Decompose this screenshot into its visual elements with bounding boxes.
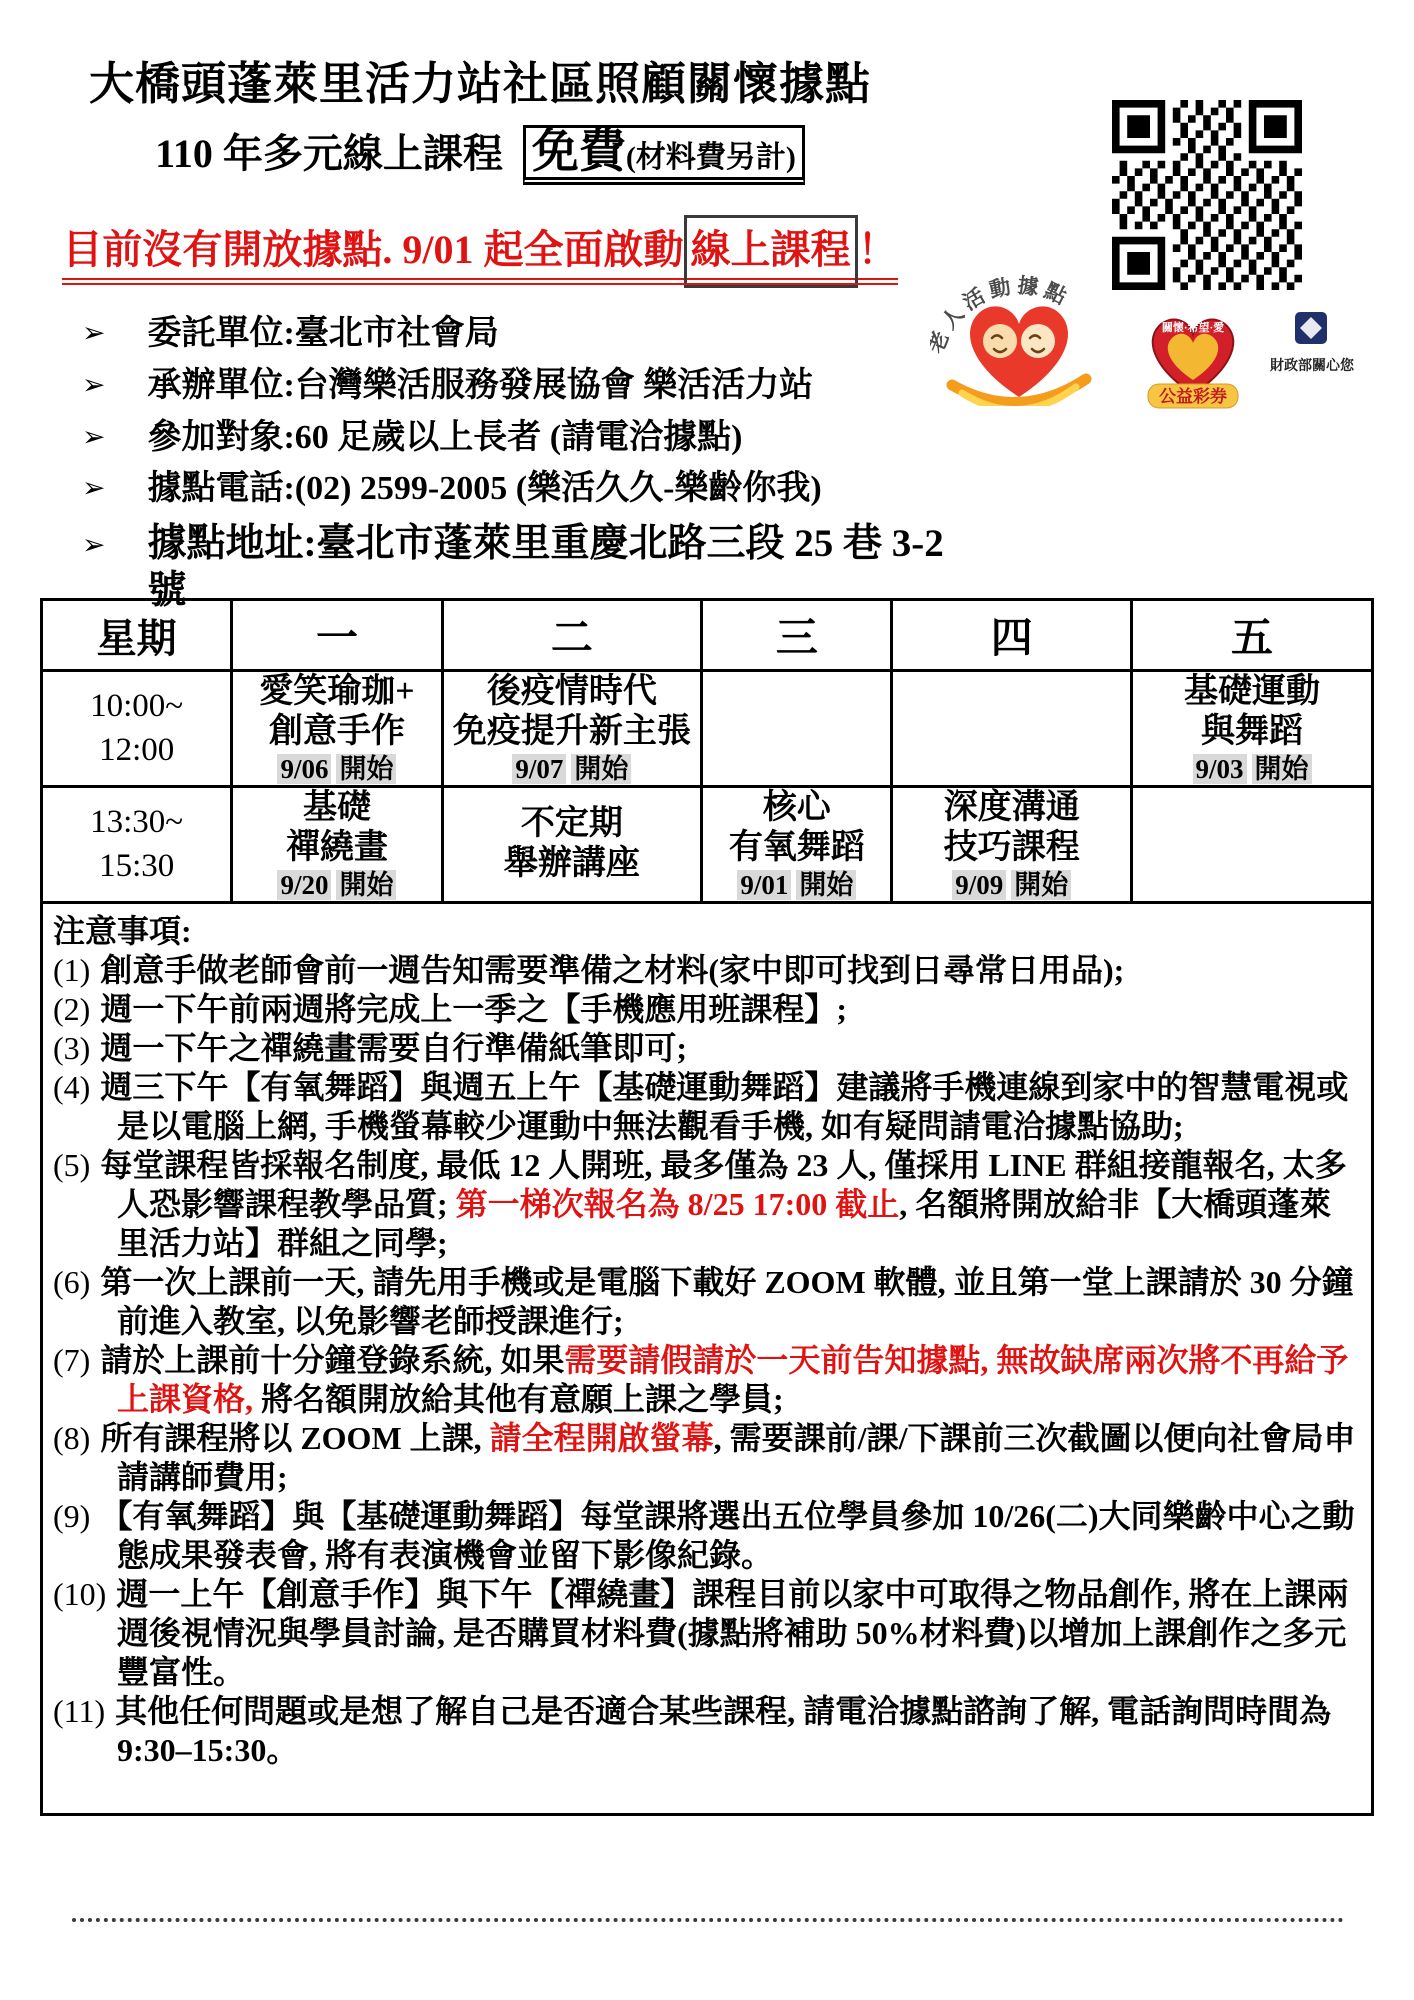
col-header-tue: 二 bbox=[442, 600, 702, 671]
course-cell-wed-pm: 核心 有氧舞蹈 9/01開始 bbox=[702, 786, 892, 902]
note-item-10: (10)週一上午【創意手作】與下午【禪繞畫】課程目前以家中可取得之物品創作, 將… bbox=[53, 1575, 1357, 1692]
course-cell-mon-pm: 基礎 禪繞畫 9/20開始 bbox=[232, 786, 442, 902]
arrow-bullet-icon: ➢ bbox=[82, 471, 105, 505]
arrow-bullet-icon: ➢ bbox=[82, 368, 105, 402]
alert-banner: 目前沒有開放據點. 9/01 起全面啟動線上課程！ bbox=[0, 215, 960, 280]
start-date: 9/06 bbox=[277, 754, 331, 784]
subtitle: 110 年多元線上課程 免費(材料費另計) bbox=[0, 122, 960, 185]
start-label: 開始 bbox=[1252, 754, 1312, 784]
course-cell-mon-am: 愛笑瑜珈+ 創意手作 9/06開始 bbox=[232, 671, 442, 787]
info-text: 承辦單位:台灣樂活服務發展協會 樂活活力站 bbox=[147, 367, 813, 404]
col-header-fri: 五 bbox=[1132, 600, 1373, 671]
page-title: 大橋頭蓬萊里活力站社區照顧關懷據點 bbox=[0, 60, 960, 110]
note-item-4: (4)週三下午【有氧舞蹈】與週五上午【基礎運動舞蹈】建議將手機連線到家中的智慧電… bbox=[53, 1068, 1357, 1146]
note-item-1: (1)創意手做老師會前一週告知需要準備之材料(家中即可找到日尋常日用品); bbox=[53, 951, 1357, 990]
ministry-text: 財政部關心您 bbox=[1270, 357, 1355, 374]
notes-title: 注意事項: bbox=[53, 912, 1357, 951]
note-item-8: (8)所有課程將以 ZOOM 上課, 請全程開啟螢幕, 需要課前/課/下課前三次… bbox=[53, 1419, 1357, 1497]
note-item-7: (7)請於上課前十分鐘登錄系統, 如果需要請假請於一天前告知據點, 無故缺席兩次… bbox=[53, 1341, 1357, 1419]
start-date: 9/01 bbox=[737, 870, 791, 900]
table-row-morning: 10:00~12:00 愛笑瑜珈+ 創意手作 9/06開始 後疫情時代 免疫提升… bbox=[42, 671, 1373, 787]
lottery-ribbon-text: 公益彩券 bbox=[1159, 386, 1227, 406]
info-text: 據點電話:(02) 2599-2005 (樂活久久-樂齡你我) bbox=[147, 470, 821, 507]
time-slot-afternoon: 13:30~15:30 bbox=[42, 786, 232, 902]
schedule-sheet: 星期 一 二 三 四 五 10:00~12:00 愛笑瑜珈+ 創意手作 9/06… bbox=[40, 598, 1374, 1816]
course-cell-wed-am bbox=[702, 671, 892, 787]
flyer-page: 大橋頭蓬萊里活力站社區照顧關懷據點 110 年多元線上課程 免費(材料費另計) … bbox=[0, 0, 1414, 2000]
arrow-bullet-icon: ➢ bbox=[82, 420, 105, 454]
public-welfare-lottery-logo: 關懷·希望·愛 公益彩券 bbox=[1118, 282, 1268, 422]
course-cell-fri-pm bbox=[1132, 786, 1373, 902]
note-item-6: (6)第一次上課前一天, 請先用手機或是電腦下載好 ZOOM 軟體, 並且第一堂… bbox=[53, 1263, 1357, 1341]
notes-box: 注意事項: (1)創意手做老師會前一週告知需要準備之材料(家中即可找到日尋常日用… bbox=[40, 901, 1374, 1816]
time-slot-morning: 10:00~12:00 bbox=[42, 671, 232, 787]
col-header-week: 星期 bbox=[42, 600, 232, 671]
logo-strip: 老人活動據點 關懷·希望·愛 公益彩券 財政部關心您 bbox=[930, 248, 1400, 423]
subtitle-text: 110 年多元線上課程 bbox=[155, 131, 503, 176]
info-bold: (請電洽據點) bbox=[550, 419, 743, 456]
table-row-afternoon: 13:30~15:30 基礎 禪繞畫 9/20開始 不定期 舉辦講座 核心 有氧… bbox=[42, 786, 1373, 902]
info-text: 參加對象:60 足歲以上長者 bbox=[147, 419, 549, 456]
start-label: 開始 bbox=[571, 754, 631, 784]
start-label: 開始 bbox=[796, 870, 856, 900]
course-cell-fri-am: 基礎運動 與舞蹈 9/03開始 bbox=[1132, 671, 1373, 787]
start-label: 開始 bbox=[336, 870, 396, 900]
note-item-9: (9)【有氧舞蹈】與【基礎運動舞蹈】每堂課將選出五位學員參加 10/26(二)大… bbox=[53, 1497, 1357, 1575]
table-header-row: 星期 一 二 三 四 五 bbox=[42, 600, 1373, 671]
course-cell-tue-am: 後疫情時代 免疫提升新主張 9/07開始 bbox=[442, 671, 702, 787]
alert-exclamation: ！ bbox=[858, 227, 898, 272]
col-header-wed: 三 bbox=[702, 600, 892, 671]
start-label: 開始 bbox=[336, 754, 396, 784]
list-item-phone: ➢據點電話:(02) 2599-2005 (樂活久久-樂齡你我) bbox=[82, 469, 962, 510]
cut-line bbox=[72, 1918, 1344, 1922]
col-header-mon: 一 bbox=[232, 600, 442, 671]
course-timetable: 星期 一 二 三 四 五 10:00~12:00 愛笑瑜珈+ 創意手作 9/06… bbox=[40, 598, 1374, 904]
free-label: 免費 bbox=[532, 126, 626, 178]
course-cell-thu-am bbox=[892, 671, 1132, 787]
list-item-audience: ➢參加對象:60 足歲以上長者 (請電洽據點) bbox=[82, 418, 962, 459]
header: 大橋頭蓬萊里活力站社區照顧關懷據點 110 年多元線上課程 免費(材料費另計) … bbox=[0, 60, 960, 280]
elder-activity-logo: 老人活動據點 bbox=[930, 248, 1108, 406]
col-header-thu: 四 bbox=[892, 600, 1132, 671]
list-item-organizer: ➢承辦單位:台灣樂活服務發展協會 樂活活力站 bbox=[82, 366, 962, 407]
alert-text: 目前沒有開放據點. 9/01 起全面啟動 bbox=[62, 227, 683, 272]
online-course-boxed-text: 線上課程 bbox=[684, 215, 858, 288]
arrow-bullet-icon: ➢ bbox=[82, 528, 105, 562]
start-date: 9/07 bbox=[512, 754, 566, 784]
course-cell-thu-pm: 深度溝通 技巧課程 9/09開始 bbox=[892, 786, 1132, 902]
note-item-5: (5)每堂課程皆採報名制度, 最低 12 人開班, 最多僅為 23 人, 僅採用… bbox=[53, 1146, 1357, 1263]
heart-shape bbox=[970, 306, 1068, 397]
lottery-caption-text: 關懷·希望·愛 bbox=[1162, 320, 1224, 334]
free-badge: 免費(材料費另計) bbox=[523, 125, 805, 185]
free-note: (材料費另計) bbox=[626, 141, 796, 174]
start-label: 開始 bbox=[1011, 870, 1071, 900]
info-text: 委託單位:臺北市社會局 bbox=[147, 315, 498, 352]
arrow-bullet-icon: ➢ bbox=[82, 316, 105, 350]
start-date: 9/03 bbox=[1193, 754, 1247, 784]
ministry-of-finance-logo: 財政部關心您 bbox=[1252, 310, 1372, 395]
note-item-2: (2)週一下午前兩週將完成上一季之【手機應用班課程】; bbox=[53, 990, 1357, 1029]
note-item-3: (3)週一下午之禪繞畫需要自行準備紙筆即可; bbox=[53, 1029, 1357, 1068]
note-item-11: (11)其他任何問題或是想了解自己是否適合某些課程, 請電洽據點諮詢了解, 電話… bbox=[53, 1692, 1357, 1770]
start-date: 9/20 bbox=[277, 870, 331, 900]
start-date: 9/09 bbox=[952, 870, 1006, 900]
list-item-entrust: ➢委託單位:臺北市社會局 bbox=[82, 314, 962, 355]
info-list: ➢委託單位:臺北市社會局 ➢承辦單位:台灣樂活服務發展協會 樂活活力站 ➢參加對… bbox=[82, 314, 962, 626]
course-cell-tue-pm: 不定期 舉辦講座 bbox=[442, 786, 702, 902]
